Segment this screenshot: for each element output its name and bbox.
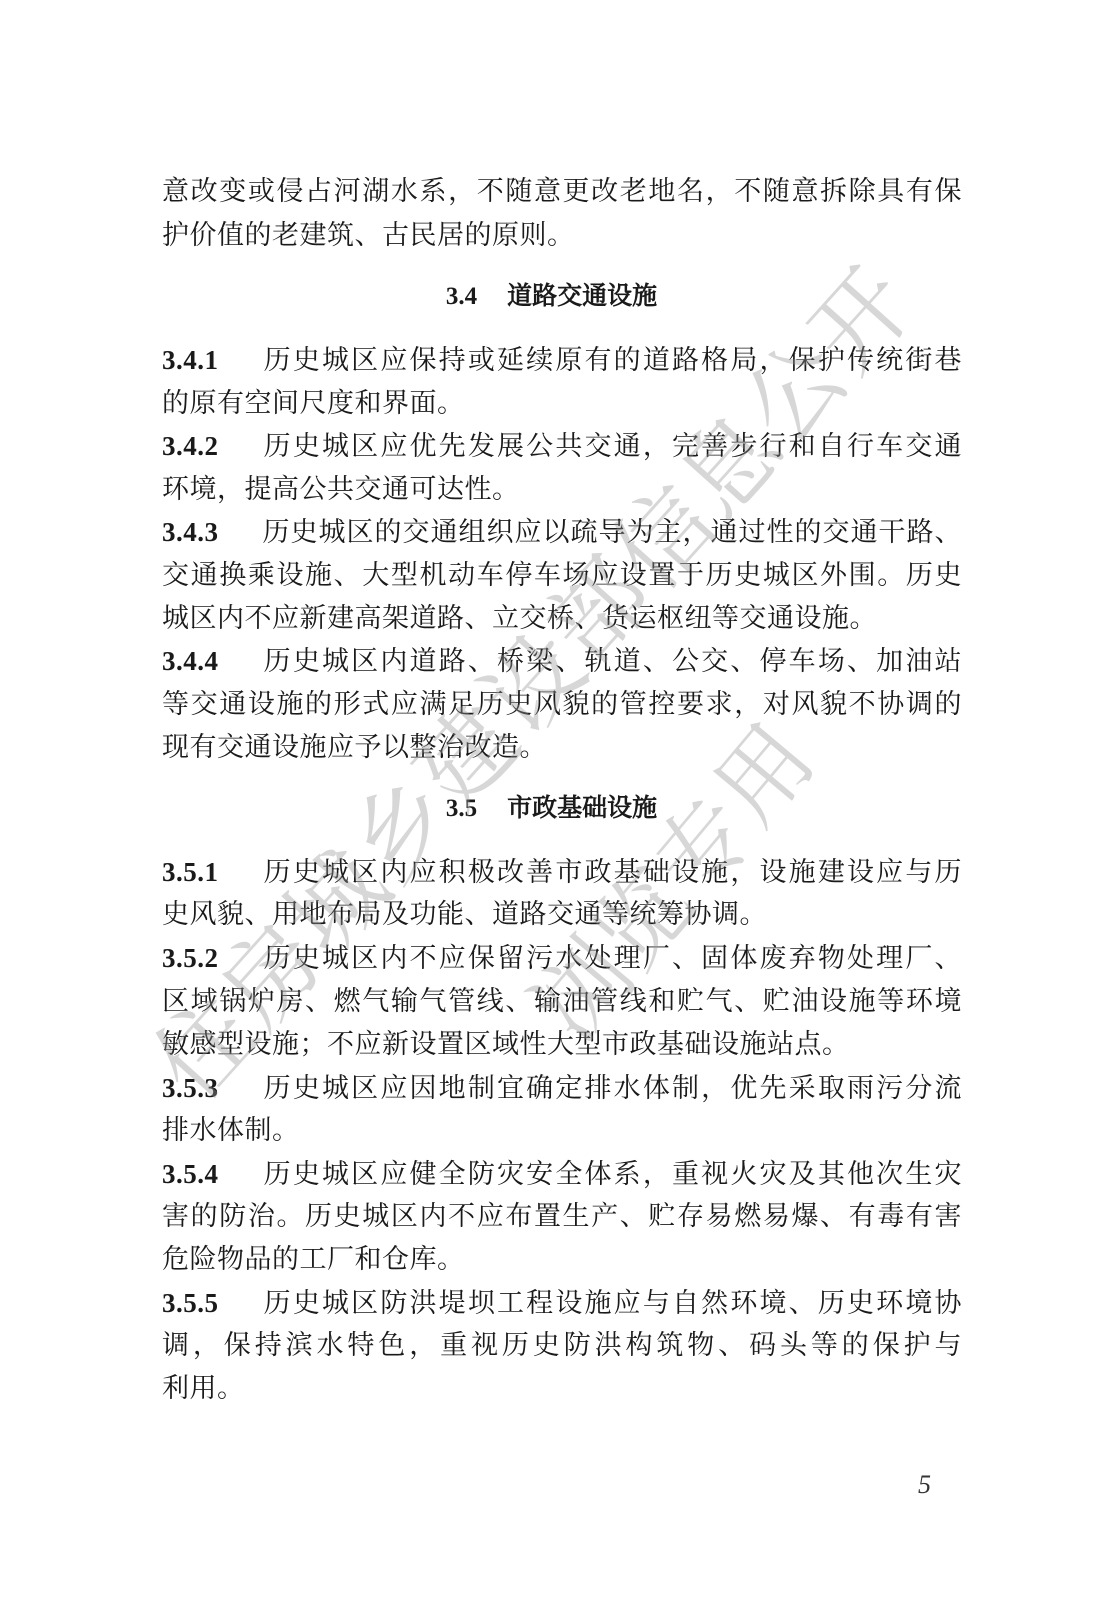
clause-line: 利用。 bbox=[162, 1367, 962, 1411]
clause-line: 害的防治。历史城区内不应布置生产、贮存易燃易爆、有毒有害 bbox=[162, 1195, 962, 1239]
section-title: 市政基础设施 bbox=[507, 793, 657, 822]
section-heading-3-5: 3.5市政基础设施 bbox=[0, 788, 1103, 829]
clause-number: 3.4.4 bbox=[162, 639, 262, 683]
clause-number: 3.5.5 bbox=[162, 1281, 262, 1325]
clause-line: 环境，提高公共交通可达性。 bbox=[162, 468, 962, 512]
section-number: 3.4 bbox=[446, 283, 477, 310]
clause-text: 历史城区防洪堤坝工程设施应与自然环境、历史环境协 bbox=[262, 1288, 962, 1319]
intro-line: 护价值的老建筑、古民居的原则。 bbox=[162, 214, 962, 258]
section-title: 道路交通设施 bbox=[507, 281, 657, 310]
clause-line: 城区内不应新建高架道路、立交桥、货运枢纽等交通设施。 bbox=[162, 597, 962, 641]
clause-3-5-2: 3.5.2历史城区内不应保留污水处理厂、固体废弃物处理厂、 bbox=[162, 936, 962, 981]
clause-number: 3.4.1 bbox=[162, 338, 262, 382]
clause-3-5-3: 3.5.3历史城区应因地制宜确定排水体制，优先采取雨污分流 bbox=[162, 1066, 962, 1111]
clause-line: 排水体制。 bbox=[162, 1109, 962, 1153]
clause-3-5-4: 3.5.4历史城区应健全防灾安全体系，重视火灾及其他次生灾 bbox=[162, 1152, 962, 1197]
clause-line: 敏感型设施；不应新设置区域性大型市政基础设施站点。 bbox=[162, 1023, 962, 1067]
clause-3-5-1: 3.5.1历史城区内应积极改善市政基础设施，设施建设应与历 bbox=[162, 850, 962, 895]
clause-number: 3.5.1 bbox=[162, 850, 262, 894]
clause-3-4-2: 3.4.2历史城区应优先发展公共交通，完善步行和自行车交通 bbox=[162, 424, 962, 469]
clause-line: 等交通设施的形式应满足历史风貌的管控要求，对风貌不协调的 bbox=[162, 683, 962, 727]
clause-number: 3.5.3 bbox=[162, 1066, 262, 1110]
clause-line: 现有交通设施应予以整治改造。 bbox=[162, 726, 962, 770]
clause-line: 史风貌、用地布局及功能、道路交通等统筹协调。 bbox=[162, 893, 962, 937]
clause-3-4-4: 3.4.4历史城区内道路、桥梁、轨道、公交、停车场、加油站 bbox=[162, 639, 962, 684]
clause-text: 历史城区应因地制宜确定排水体制，优先采取雨污分流 bbox=[262, 1073, 962, 1104]
clause-3-4-1: 3.4.1历史城区应保持或延续原有的道路格局，保护传统街巷 bbox=[162, 338, 962, 383]
clause-line: 调，保持滨水特色，重视历史防洪构筑物、码头等的保护与 bbox=[162, 1324, 962, 1368]
page-number: 5 bbox=[918, 1470, 931, 1500]
intro-line: 意改变或侵占河湖水系，不随意更改老地名，不随意拆除具有保 bbox=[162, 170, 962, 214]
section-heading-3-4: 3.4道路交通设施 bbox=[0, 276, 1103, 317]
clause-text: 历史城区的交通组织应以疏导为主，通过性的交通干路、 bbox=[262, 517, 962, 548]
clause-3-4-3: 3.4.3历史城区的交通组织应以疏导为主，通过性的交通干路、 bbox=[162, 510, 962, 555]
clause-number: 3.4.3 bbox=[162, 510, 262, 554]
clause-text: 历史城区内不应保留污水处理厂、固体废弃物处理厂、 bbox=[262, 943, 962, 974]
clause-line: 危险物品的工厂和仓库。 bbox=[162, 1238, 962, 1282]
clause-line: 交通换乘设施、大型机动车停车场应设置于历史城区外围。历史 bbox=[162, 554, 962, 598]
section-number: 3.5 bbox=[446, 795, 477, 822]
clause-number: 3.5.4 bbox=[162, 1152, 262, 1196]
clause-3-5-5: 3.5.5历史城区防洪堤坝工程设施应与自然环境、历史环境协 bbox=[162, 1281, 962, 1326]
document-page: 意改变或侵占河湖水系，不随意更改老地名，不随意拆除具有保 护价值的老建筑、古民居… bbox=[0, 0, 1103, 1597]
clause-number: 3.5.2 bbox=[162, 936, 262, 980]
clause-text: 历史城区内应积极改善市政基础设施，设施建设应与历 bbox=[262, 857, 962, 888]
clause-line: 的原有空间尺度和界面。 bbox=[162, 382, 962, 426]
clause-text: 历史城区应健全防灾安全体系，重视火灾及其他次生灾 bbox=[262, 1159, 962, 1190]
clause-text: 历史城区应保持或延续原有的道路格局，保护传统街巷 bbox=[262, 345, 962, 376]
clause-text: 历史城区内道路、桥梁、轨道、公交、停车场、加油站 bbox=[262, 646, 962, 677]
clause-line: 区域锅炉房、燃气输气管线、输油管线和贮气、贮油设施等环境 bbox=[162, 980, 962, 1024]
clause-number: 3.4.2 bbox=[162, 424, 262, 468]
clause-text: 历史城区应优先发展公共交通，完善步行和自行车交通 bbox=[262, 431, 962, 462]
